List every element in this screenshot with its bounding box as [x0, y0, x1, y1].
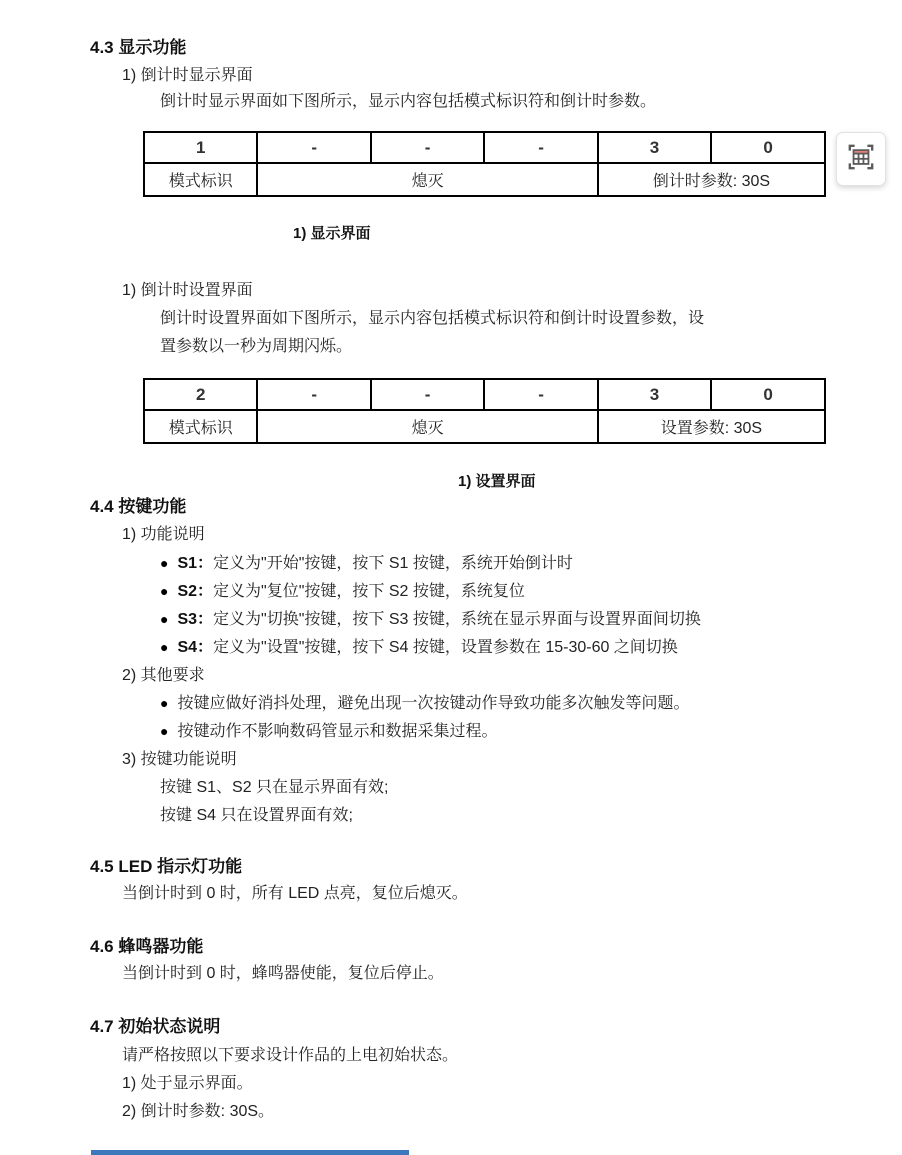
key-label: S3：	[177, 611, 213, 628]
segment-cell: 3	[598, 379, 711, 410]
param-label-cell: 设置参数: 30S	[598, 410, 825, 443]
segment-cell: -	[484, 132, 597, 163]
table-row: 2 - - - 3 0	[144, 379, 825, 410]
segment-cell: 0	[711, 132, 825, 163]
segment-cell: 1	[144, 132, 257, 163]
list-item-title: 1) 倒计时显示界面	[122, 62, 253, 85]
requirement-item: ● 按键动作不影响数码管显示和数据采集过程。	[160, 718, 497, 741]
bullet-icon: ●	[160, 724, 168, 738]
key-function-item: ● S1：定义为"开始"按键，按下 S1 按键，系统开始倒计时	[160, 550, 573, 573]
key-text: 定义为"切换"按键，按下 S3 按键，系统在显示界面与设置界面间切换	[213, 611, 701, 628]
key-label: S4：	[177, 639, 213, 656]
segment-cell: -	[257, 379, 370, 410]
init-state-item: 2) 倒计时参数: 30S。	[122, 1098, 274, 1121]
section-heading-4-5: 4.5 LED 指示灯功能	[90, 852, 242, 877]
table-row: 1 - - - 3 0	[144, 132, 825, 163]
table-row: 模式标识 熄灭 设置参数: 30S	[144, 410, 825, 443]
key-text: 定义为"复位"按键，按下 S2 按键，系统复位	[213, 583, 525, 600]
list-item-title: 3) 按键功能说明	[122, 746, 237, 769]
requirement-item: ● 按键应做好消抖处理，避免出现一次按键动作导致功能多次触发等问题。	[160, 690, 689, 713]
key-label: S1：	[177, 555, 213, 572]
bottom-blue-rule	[91, 1150, 409, 1155]
segment-cell: 0	[711, 379, 825, 410]
list-item-title: 2) 其他要求	[122, 662, 205, 685]
segment-cell: 2	[144, 379, 257, 410]
table-caption: 1) 设置界面	[458, 470, 536, 491]
capture-table-icon	[845, 141, 877, 178]
segment-cell: -	[371, 379, 484, 410]
off-label-cell: 熄灭	[257, 410, 597, 443]
segment-cell: -	[257, 132, 370, 163]
table-caption: 1) 显示界面	[293, 222, 371, 243]
key-text: 定义为"开始"按键，按下 S1 按键，系统开始倒计时	[213, 555, 573, 572]
bullet-icon: ●	[160, 556, 168, 570]
section-heading-4-6: 4.6 蜂鸣器功能	[90, 932, 203, 957]
key-function-item: ● S3：定义为"切换"按键，按下 S3 按键，系统在显示界面与设置界面间切换	[160, 606, 701, 629]
segment-cell: -	[371, 132, 484, 163]
segment-cell: 3	[598, 132, 711, 163]
requirement-text: 按键应做好消抖处理，避免出现一次按键动作导致功能多次触发等问题。	[177, 690, 689, 713]
section-heading-4-7: 4.7 初始状态说明	[90, 1012, 220, 1037]
mode-label-cell: 模式标识	[144, 163, 257, 196]
bullet-icon: ●	[160, 584, 168, 598]
paragraph: 倒计时显示界面如下图所示，显示内容包括模式标识符和倒计时参数。	[160, 88, 656, 111]
list-item-title: 1) 倒计时设置界面	[122, 277, 253, 300]
section-heading-4-3: 4.3 显示功能	[90, 33, 186, 58]
key-text: 定义为"设置"按键，按下 S4 按键，设置参数在 15-30-60 之间切换	[213, 639, 678, 656]
key-function-item: ● S2：定义为"复位"按键，按下 S2 按键，系统复位	[160, 578, 525, 601]
capture-table-button[interactable]	[836, 132, 886, 186]
segment-cell: -	[484, 379, 597, 410]
requirement-text: 按键动作不影响数码管显示和数据采集过程。	[177, 718, 497, 741]
paragraph: 当倒计时到 0 时，所有 LED 点亮，复位后熄灭。	[122, 880, 468, 903]
bullet-icon: ●	[160, 640, 168, 654]
paragraph-line: 倒计时设置界面如下图所示，显示内容包括模式标识符和倒计时设置参数，设	[160, 305, 704, 328]
display-interface-table: 1 - - - 3 0 模式标识 熄灭 倒计时参数: 30S	[143, 131, 826, 197]
paragraph: 当倒计时到 0 时，蜂鸣器使能，复位后停止。	[122, 960, 444, 983]
off-label-cell: 熄灭	[257, 163, 597, 196]
param-label-cell: 倒计时参数: 30S	[598, 163, 825, 196]
section-heading-4-4: 4.4 按键功能	[90, 492, 186, 517]
paragraph: 请严格按照以下要求设计作品的上电初始状态。	[122, 1042, 458, 1065]
mode-label-cell: 模式标识	[144, 410, 257, 443]
bullet-icon: ●	[160, 612, 168, 626]
document-page: 4.3 显示功能 1) 倒计时显示界面 倒计时显示界面如下图所示，显示内容包括模…	[0, 0, 902, 1155]
key-function-item: ● S4：定义为"设置"按键，按下 S4 按键，设置参数在 15-30-60 之…	[160, 634, 678, 657]
init-state-item: 1) 处于显示界面。	[122, 1070, 253, 1093]
table-row: 模式标识 熄灭 倒计时参数: 30S	[144, 163, 825, 196]
key-label: S2：	[177, 583, 213, 600]
note-line: 按键 S1、S2 只在显示界面有效;	[160, 774, 388, 797]
setting-interface-table: 2 - - - 3 0 模式标识 熄灭 设置参数: 30S	[143, 378, 826, 444]
note-line: 按键 S4 只在设置界面有效;	[160, 802, 353, 825]
list-item-title: 1) 功能说明	[122, 521, 205, 544]
paragraph-line: 置参数以一秒为周期闪烁。	[160, 333, 352, 356]
bullet-icon: ●	[160, 696, 168, 710]
